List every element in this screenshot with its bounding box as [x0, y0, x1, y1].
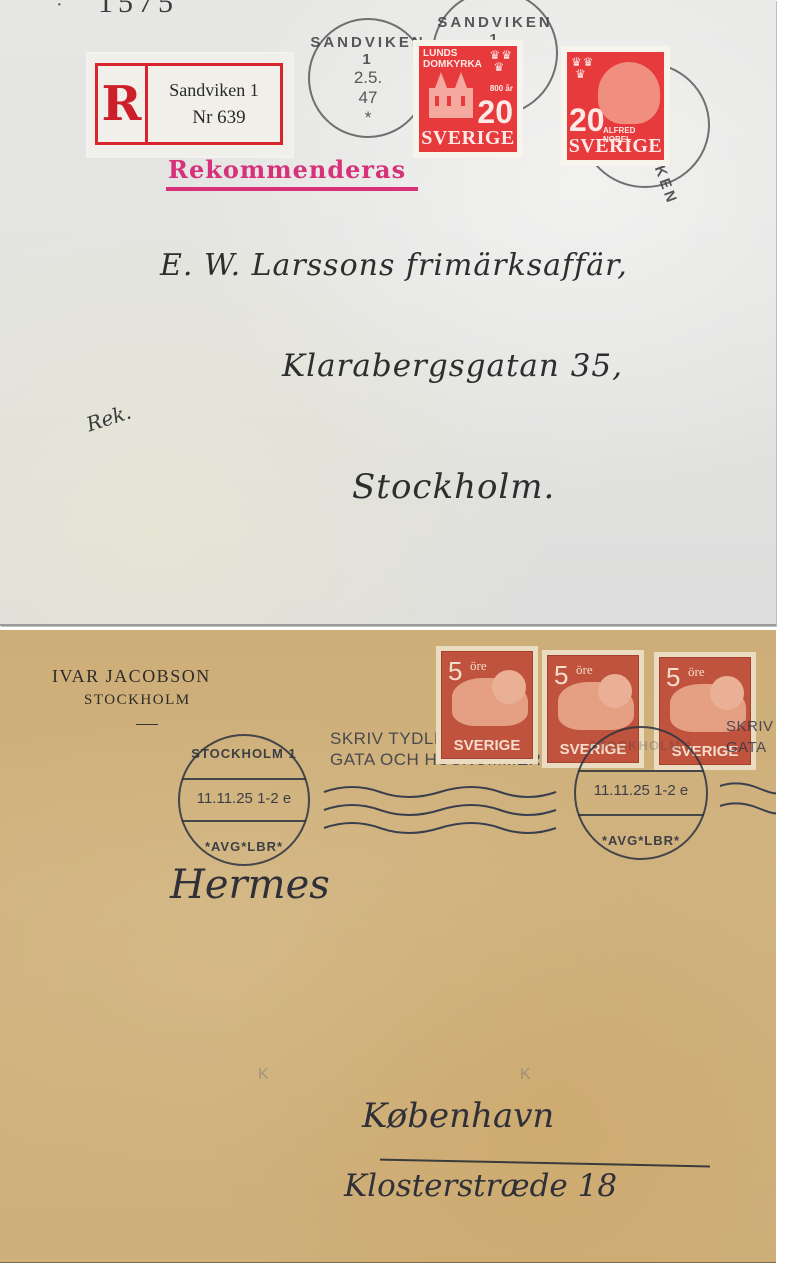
sender-city: STOCKHOLM: [84, 692, 191, 709]
stamp-country: SVERIGE: [419, 127, 517, 150]
registration-label: R Sandviken 1 Nr 639: [88, 54, 292, 156]
postmark-footer: *AVG*LBR*: [180, 839, 308, 854]
postmark-date: 11.11.25 1-2 e: [576, 782, 706, 799]
lion-head-icon: [710, 676, 744, 710]
upper-envelope: · 1575 SANDVIKEN 1 2.5. 47 * SANDVIKEN 1…: [0, 0, 776, 626]
sender-name: IVAR JACOBSON: [52, 666, 211, 687]
stamp-face: LUNDS DOMKYRKA ♛♛ ♛ 800 år 20 SVERIGE: [419, 46, 517, 152]
nobel-portrait: [598, 62, 660, 124]
stamp-unit: öre: [470, 658, 487, 674]
three-crowns-icon: ♛♛ ♛: [571, 56, 595, 80]
stamp-value: 5: [554, 660, 568, 691]
address-street: Klarabergsgatan 35,: [282, 348, 623, 384]
postmark-town: SANDVIKEN 1: [310, 34, 426, 68]
wavy-cancel-lines: [322, 780, 558, 840]
cathedral-icon: [425, 70, 477, 118]
sandviken-postmark: SANDVIKEN 1 2.5. 47 *: [308, 18, 428, 138]
registration-letter: R: [98, 66, 148, 142]
stamp-value: 20: [569, 102, 605, 139]
three-crowns-icon: ♛♛ ♛: [489, 49, 513, 73]
address-underline: [380, 1159, 710, 1168]
postmark-footer: *AVG*LBR*: [576, 833, 706, 848]
wavy-cancel-lines-right: [718, 776, 776, 826]
address-recipient: E. W. Larssons frimärksaffär,: [160, 248, 628, 283]
address-street: Klosterstræde 18: [344, 1168, 617, 1204]
faint-receiving-mark: K: [258, 1066, 269, 1084]
stamp-lund-cathedral: LUNDS DOMKYRKA ♛♛ ♛ 800 år 20 SVERIGE: [413, 40, 523, 158]
stockholm-postmark-secondary: STOCKHOLM 1 11.11.25 1-2 e *AVG*LBR*: [574, 726, 708, 860]
stamp-unit: öre: [576, 662, 593, 678]
stockholm-postmark: STOCKHOLM 1 11.11.25 1-2 e *AVG*LBR*: [178, 734, 310, 866]
stamp-value: 5: [448, 656, 462, 687]
postmark-town: STOCKHOLM 1: [180, 746, 308, 761]
stamp-lion: 5 öre SVERIGE: [436, 646, 538, 764]
postmark-date: 11.11.25 1-2 e: [180, 790, 308, 807]
stamp-value: 20: [477, 94, 513, 131]
registered-note: Rek.: [83, 400, 134, 437]
registration-details: Sandviken 1 Nr 639: [148, 66, 280, 142]
lion-head-icon: [492, 670, 526, 704]
address-recipient: Hermes: [170, 862, 330, 908]
faint-receiving-mark: K: [520, 1066, 531, 1084]
address-city: København: [362, 1096, 554, 1136]
stamp-unit: öre: [688, 664, 705, 680]
stamp-inscription: LUNDS DOMKYRKA: [423, 48, 483, 70]
stamp-alfred-nobel: ♛♛ ♛ 20 ALFRED NOBEL SVERIGE: [561, 46, 670, 166]
stamp-country: SVERIGE: [567, 135, 664, 158]
address-city: Stockholm.: [352, 467, 555, 507]
registration-number: Nr 639: [182, 107, 245, 129]
registration-office: Sandviken 1: [169, 80, 259, 101]
stamp-face: ♛♛ ♛ 20 ALFRED NOBEL SVERIGE: [567, 52, 664, 160]
postmark-date: 2.5. 47 *: [310, 68, 426, 128]
sender-divider: [136, 724, 158, 725]
reference-number: 1575: [98, 0, 178, 20]
instruction-underline: [166, 187, 418, 191]
lower-envelope: IVAR JACOBSON STOCKHOLM SKRIV TYDLIG ADR…: [0, 630, 776, 1263]
stamp-anniversary: 800 år: [490, 84, 513, 93]
postmark-town: STOCKHOLM 1: [576, 738, 706, 753]
stamp-value: 5: [666, 662, 680, 693]
stamp-country: SVERIGE: [442, 737, 532, 754]
pencil-mark: ·: [56, 0, 63, 17]
registration-label-frame: R Sandviken 1 Nr 639: [95, 63, 283, 145]
registered-instruction: Rekommenderas: [168, 155, 406, 184]
stamp-face: 5 öre SVERIGE: [441, 651, 533, 759]
lion-head-icon: [598, 674, 632, 708]
slogan-cancel-partial: SKRIV GATA: [726, 716, 774, 758]
